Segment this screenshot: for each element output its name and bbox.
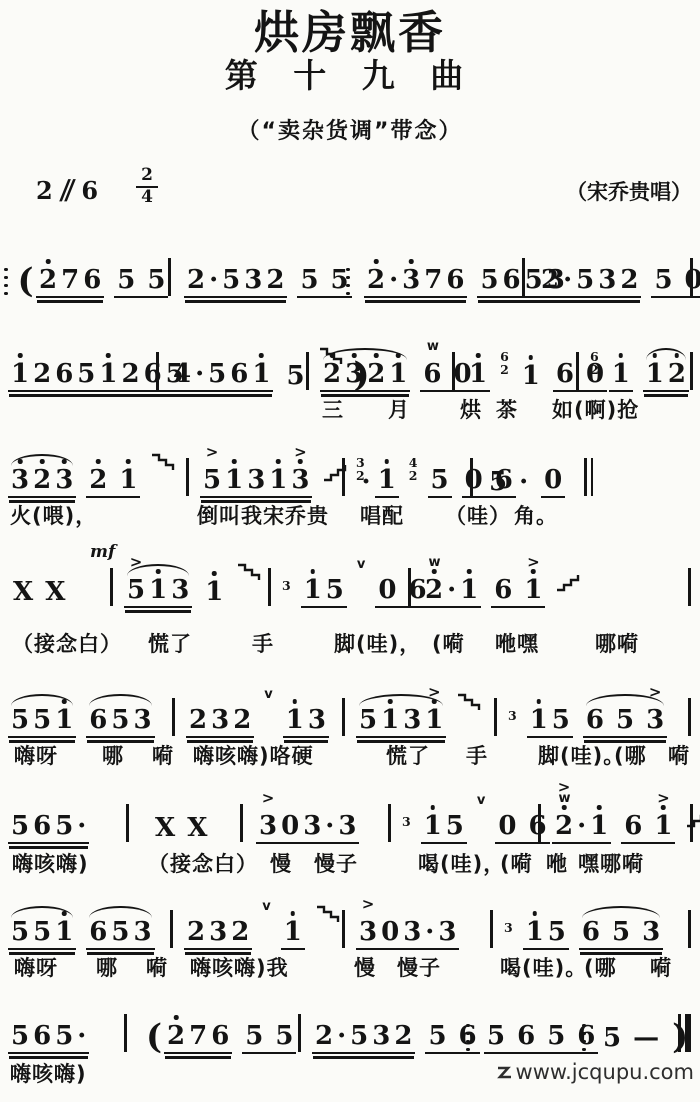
note-digit: 2 [39,265,57,295]
lyric: 嗬 [146,952,168,982]
lyric: 嗨咳嗨)我 [190,952,289,982]
note: 5 [575,267,595,293]
note-digit: 0 [381,917,399,947]
octave-dot [156,569,161,574]
measure-chunk: 551653 [8,686,155,738]
barline [306,352,309,390]
octave-dot [96,459,101,464]
note-digit: 1 [469,359,487,389]
octave-dot [18,459,23,464]
octave-dot [330,353,335,358]
glissando-down-icon [150,453,176,476]
barline [268,568,271,606]
octave-dot [396,353,401,358]
note: 3 [641,919,661,945]
barline [298,1014,301,1052]
note-digit: 5 [111,705,129,735]
lyric: 手 [466,740,488,770]
grace-notes: 3 [282,579,291,592]
note: 1 [54,919,74,945]
note: 1 [377,467,397,493]
beam-group: 12 [643,361,689,392]
lyric: 慌了 [148,628,192,658]
note: 6 [585,707,605,733]
note: 1 [54,707,74,733]
note-digit: 6 [211,1021,229,1051]
note-digit: · [337,1021,346,1051]
note-digit: 3 [403,917,421,947]
note-digit: 5 [222,265,240,295]
beam-group: 0 [541,467,565,498]
note: 6 [493,577,513,603]
octave-dot [533,911,538,916]
note-digit: 3 [55,465,73,495]
beam-group: 13 [283,707,329,738]
lyric: (哪 [584,952,617,982]
beam-group: 551 [8,919,76,950]
note: 2 [186,267,206,293]
beam-group: 276 [164,1023,232,1054]
beam-group: 5· [486,469,531,498]
note-digit: 1 [424,811,442,841]
note: 5 [547,919,567,945]
lyric: 嗬 [650,952,672,982]
lyric: 慢 [270,848,292,878]
octave-dot [276,459,281,464]
lyric: (嗬 [500,848,533,878]
singer-credit: （宋乔贵唱） [566,176,692,206]
note: 2 [314,1023,334,1049]
lyric: 三 [322,394,344,424]
beam-group: 323 [8,467,76,498]
octave-dot [18,353,23,358]
lyric: 角。 [514,500,558,530]
note: 6 [32,813,52,839]
note: 5 [10,813,30,839]
barline [126,804,129,842]
beam-group: 55 [114,267,168,298]
note: 0 [380,919,400,945]
beam-group: 1 [609,361,633,392]
note: 5 [54,813,74,839]
measure-chunk: 5·0 [486,446,565,498]
measure-chunk [690,246,693,298]
measure-chunk [346,246,350,298]
note-digit: 3 [646,705,664,735]
note-digit: 2 [167,1021,185,1051]
note: · [208,267,219,293]
note-digit: 5 [552,705,570,735]
grace-notes: 32 [356,456,365,482]
note-digit: 6 [55,359,73,389]
note: 5 [110,707,130,733]
note: 2 [188,707,208,733]
note-digit: 6 [577,1021,595,1051]
octave-dot [653,353,658,358]
lyric: (哪 [614,740,647,770]
octave-dot [259,353,264,358]
octave-dot [385,459,390,464]
note-digit: 5 [446,811,464,841]
note: 5 [221,267,241,293]
note-digit: 1 [55,705,73,735]
beam-group: 21 [86,467,140,498]
note-digit: 5 [654,265,672,295]
double-barline-a [584,458,587,496]
measure-chunk [576,340,579,392]
barline [690,804,693,842]
octave-dot [537,699,542,704]
note: 2 [166,1023,186,1049]
octave-dot [293,699,298,704]
note-digit: 1 [612,359,630,389]
note-digit: 6 [624,811,642,841]
note: 5 [488,469,508,495]
note: 1 [468,361,488,387]
tune-note: （“卖杂货调”带念） [0,114,700,145]
octave-dot [106,353,111,358]
note-digit: 5 [612,917,630,947]
note-digit: · [77,811,86,841]
measure-chunk: 2·53255 [184,246,352,298]
beam-group: 1 [202,579,226,608]
beam-group: 565· [8,813,89,844]
lyric: 嗨呀 [14,740,58,770]
note-digit: 7 [189,1021,207,1051]
note: 5 [10,1023,30,1049]
note: 5 [349,1023,369,1049]
note-digit: 1 [524,575,542,605]
note-digit: 0 [465,465,483,495]
note-digit: 1 [590,811,608,841]
note-digit: 3 [11,465,29,495]
grace-notes: 3 [504,921,513,934]
note-digit: 5 [127,575,145,605]
measure-chunk [582,1002,586,1054]
measure-chunk: XX [152,792,210,844]
note-digit: 5 [203,465,221,495]
note: · [336,1023,347,1049]
note-digit: 1 [304,575,322,605]
note: 5 [546,1023,566,1049]
accent-mark: > [428,685,441,700]
measure-chunk [168,246,171,298]
note-digit: 1 [526,917,544,947]
barline [240,804,243,842]
note: 5 [32,919,52,945]
note-digit: 3 [133,917,151,947]
lyric: 唱配 [360,500,404,530]
octave-dot [597,805,602,810]
beam-group: 1 [375,467,399,498]
measure-chunk [688,686,691,738]
note-digit: 2 [555,811,573,841]
lyric: 脚(哇)， [334,628,421,658]
note-digit: X [13,577,33,607]
note-digit: · [563,265,572,295]
note-digit: 2 [266,265,284,295]
note-digit: 0 [378,575,396,605]
note-digit: 0 [498,811,516,841]
final-barline [678,1014,691,1052]
measure-chunk [240,792,243,844]
note-digit: 2 [620,265,638,295]
grace-notes: 3 [508,709,517,722]
watermark: www.jcqupu.com [495,1060,694,1084]
barline [538,804,541,842]
lyric: 茶 [496,394,518,424]
measure-chunk: 315v06 [402,792,550,844]
note: 1 [285,707,305,733]
beam-group: 232 [186,707,254,738]
note-digit: 3 [303,811,321,841]
note: 2 [393,1023,413,1049]
octave-dot [46,259,51,264]
note-digit: · [209,265,218,295]
dotted-barline [582,1024,586,1052]
note: · [518,469,529,495]
octave-dot [352,353,357,358]
beam-group: 3>03·3 [256,813,359,844]
note-digit: 3 [403,705,421,735]
measure-chunk [126,792,129,844]
octave-dot [174,1015,179,1020]
accent-mark: > [130,555,143,570]
note: 6 [88,707,108,733]
measure-chunk [678,1002,691,1054]
beam-group: 2·376 [364,267,467,298]
accent-mark: > [294,445,307,460]
note: 3 [10,467,30,493]
note-digit: 3 [259,811,277,841]
measure-chunk [172,686,175,738]
note: 1 [388,361,408,387]
measure-chunk [470,446,473,498]
octave-dot [476,353,481,358]
measure-chunk [342,686,345,738]
note: 5 [325,577,345,603]
note-digit: 3 [247,465,265,495]
note-digit: · [77,1021,86,1051]
note-digit: 5 [326,575,344,605]
note-digit: 3 [308,705,326,735]
lyric: 嗨咳嗨)咯硬 [193,740,314,770]
note: 5 [285,363,305,389]
barline [688,698,691,736]
lyric: 咃 [546,848,568,878]
note-digit: 6 [89,917,107,947]
time-numerator: 2 [136,166,158,186]
note-digit: 3 [372,1021,390,1051]
note: 6 [143,361,163,387]
beam-group: 2w·1 [422,577,481,608]
note: 3 [437,919,457,945]
lyric: （接念白） [148,848,258,878]
measure-chunk: 162160 [466,340,607,392]
note: 2 [366,361,386,387]
octave-dot [388,699,393,704]
note: · [76,813,87,839]
measure-chunk [298,1002,301,1054]
barline [168,258,171,296]
note: 5> [126,577,146,603]
measure-chunk: 3>03·3 [256,792,359,844]
measure-chunk: 27655 [36,246,168,298]
measure-chunk [490,898,493,950]
note: 3 [337,813,357,839]
note-digit: 6 [83,265,101,295]
barline [342,458,345,496]
note-digit: 6 [33,811,51,841]
grace-notes: 62 [500,350,509,376]
note: X [186,815,208,841]
note-digit: · [577,811,586,841]
measure-chunk: 5—) [600,1002,688,1054]
parenthesis: ( [146,1020,162,1054]
measure-chunk [170,898,173,950]
lyric: 嗨呀 [14,952,58,982]
barline [690,352,693,390]
note-digit: 5 [576,265,594,295]
beam-group: 56 [425,1023,479,1054]
note-digit: 6 [494,575,512,605]
barline [470,458,473,496]
note-digit: 1 [381,705,399,735]
grace-notes: 3 [402,815,411,828]
note-digit: 6 [517,1021,535,1051]
parenthesis: ( [18,264,34,298]
note: 6 [32,1023,52,1049]
final-barline-thick [685,1014,691,1052]
lyric: 脚(哇)。 [538,740,625,770]
note: 5 [32,707,52,733]
beam-group: 5 [283,363,307,392]
beam-group: 2·532 [538,267,641,298]
barline [170,910,173,948]
key-suffix: 6 [81,176,98,205]
barline [688,568,691,606]
lyric: 慢子 [314,848,358,878]
lyric: 咃嘿 [495,628,539,658]
beam-group: 55 [242,1023,296,1054]
lyric: 如(啊)抢 [552,394,639,424]
note: 3 [597,267,617,293]
note-digit: 2 [233,705,251,735]
note-digit: 1 [530,705,548,735]
note: 6 [623,813,643,839]
octave-dot [529,355,534,360]
note: 3 [170,577,190,603]
note: X [154,815,176,841]
note: · [388,267,399,293]
note: 1 [521,363,541,389]
measure-chunk: 5>1313>· [200,446,374,498]
double-barline [584,458,593,496]
note: 2 [120,361,140,387]
note: 3> [645,707,665,733]
octave-dot [212,571,217,576]
note-digit: 5 [480,265,498,295]
note-digit: 3 [291,465,309,495]
measure-chunk [690,340,693,392]
note: 1 [459,577,479,603]
note: 2 [186,919,206,945]
note: X [44,579,66,605]
note: 5 [116,267,136,293]
lyric: 哪 [102,740,124,770]
note-digit: 3 [133,705,151,735]
note-digit: 1 [646,359,664,389]
note-digit: 1 [425,705,443,735]
note-digit: 5 [487,1021,505,1051]
breath-mark: v [262,899,270,914]
note-digit: 6 [586,705,604,735]
lyric: 慌了 [386,740,430,770]
lyric: 嗬 [152,740,174,770]
note: 3> [290,467,310,493]
beam-group: 3>03·3 [356,919,459,950]
note: 3 [243,267,263,293]
note-digit: 6 [556,359,574,389]
note: 5 [274,1023,294,1049]
measure-chunk: 2w·161> [422,556,581,608]
note: 3> [358,919,378,945]
note-digit: 2 [187,917,205,947]
note-digit: 2 [367,265,385,295]
measure-chunk: 232v1 [184,898,341,950]
note-digit: 5 [11,1021,29,1051]
measure-chunk [342,446,345,498]
note-digit: 5 [33,705,51,735]
measure-chunk: 551653 [8,898,155,950]
dotted-barline [466,1024,470,1052]
note: 6w [422,361,442,387]
measure-chunk [584,446,593,498]
note-digit: 1 [460,575,478,605]
note: 1 [148,577,168,603]
beam-group: 06 [495,813,549,844]
dotted-barline [4,268,8,296]
octave-dot [62,911,67,916]
note: 5 [299,267,319,293]
accent-mark: > [558,780,571,795]
jcqupu-logo-icon [495,1063,515,1081]
note: 1 [423,813,443,839]
measure-chunk [342,898,345,950]
barline [690,258,693,296]
lyric: 手 [252,628,274,658]
barline [452,352,455,390]
measure-chunk: 315653> [508,686,667,738]
measure-chunk: 2·53256 [312,1002,480,1054]
note: 6 [445,267,465,293]
lyric: 嗬 [668,740,690,770]
octave-dot [374,259,379,264]
lyric: 哪嗬 [595,628,639,658]
note-digit: 1 [11,359,29,389]
measure-chunk: 5>131 [124,556,262,608]
note-digit: 1 [269,465,287,495]
note-digit: 6 [33,1021,51,1051]
note-digit: 3 [359,917,377,947]
measure-chunk [466,1002,470,1054]
note: 3 [307,707,327,733]
beam-group: 5131> [356,707,446,738]
note: 3 [54,467,74,493]
accent-mark: > [362,897,375,912]
beam-group: 232 [184,919,252,950]
barline [688,910,691,948]
